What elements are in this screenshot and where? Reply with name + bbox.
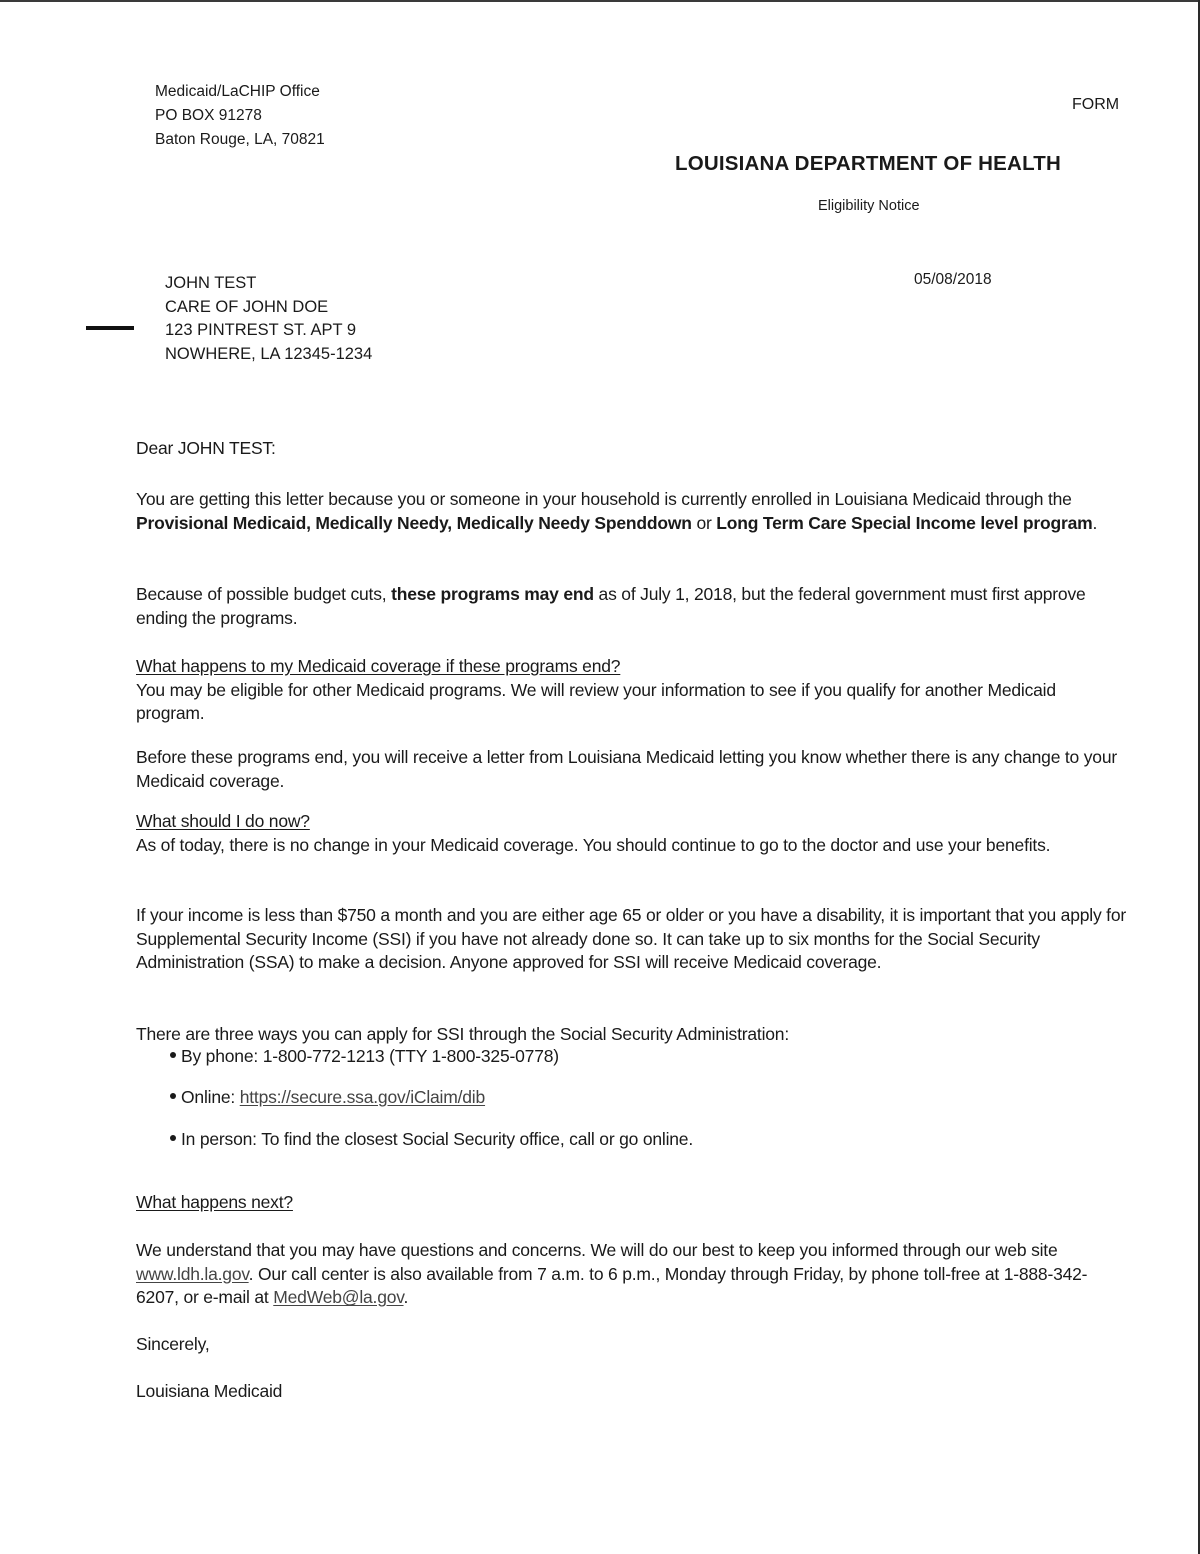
signature-text: Louisiana Medicaid (136, 1380, 1126, 1404)
contact-paragraph: We understand that you may have question… (136, 1239, 1126, 1310)
salutation-text: Dear JOHN TEST: (136, 437, 1126, 461)
sender-line-3: Baton Rouge, LA, 70821 (155, 128, 325, 152)
recipient-address: JOHN TEST CARE OF JOHN DOE 123 PINTREST … (165, 272, 372, 366)
website-link[interactable]: www.ldh.la.gov (136, 1264, 249, 1284)
section-coverage-para-2-wrap: Before these programs end, you will rece… (136, 746, 1126, 793)
intro-text-1: You are getting this letter because you … (136, 489, 1072, 509)
section-coverage-para-1: You may be eligible for other Medicaid p… (136, 679, 1126, 726)
recipient-street: 123 PINTREST ST. APT 9 (165, 319, 372, 343)
bullet-icon (170, 1135, 176, 1141)
ssa-online-link[interactable]: https://secure.ssa.gov/iClaim/dib (240, 1087, 485, 1107)
section-next-steps-heading: What should I do now? (136, 810, 1126, 834)
form-label: FORM (1072, 96, 1119, 114)
intro-paragraph: You are getting this letter because you … (136, 488, 1126, 535)
apply-option-in-person-value: To find the closest Social Security offi… (261, 1129, 693, 1149)
apply-option-in-person-label: In person: (181, 1129, 261, 1149)
budget-emphasis: these programs may end (391, 584, 594, 604)
recipient-care-of: CARE OF JOHN DOE (165, 296, 372, 320)
contact-text-1: We understand that you may have question… (136, 1240, 1058, 1260)
ssi-paragraph-wrap: If your income is less than $750 a month… (136, 904, 1126, 975)
mail-sort-mark (86, 326, 134, 330)
bullet-icon (170, 1093, 176, 1099)
section-coverage-para-2: Before these programs end, you will rece… (136, 746, 1126, 793)
budget-paragraph: Because of possible budget cuts, these p… (136, 583, 1126, 630)
apply-option-in-person: In person: To find the closest Social Se… (170, 1129, 693, 1150)
salutation: Dear JOHN TEST: (136, 437, 1126, 461)
email-link[interactable]: MedWeb@la.gov (273, 1287, 403, 1307)
recipient-city: NOWHERE, LA 12345-1234 (165, 343, 372, 367)
section-coverage: What happens to my Medicaid coverage if … (136, 655, 1126, 726)
sender-line-2: PO BOX 91278 (155, 104, 325, 128)
intro-programs: Provisional Medicaid, Medically Needy, M… (136, 513, 692, 533)
sender-line-1: Medicaid/LaCHIP Office (155, 80, 325, 104)
contact-text-3: . (404, 1287, 409, 1307)
bullet-icon (170, 1052, 176, 1058)
signature: Louisiana Medicaid (136, 1380, 1126, 1404)
intro-text-2: or (692, 513, 717, 533)
letter-date: 05/08/2018 (914, 271, 992, 289)
closing-text: Sincerely, (136, 1333, 1126, 1357)
apply-option-phone: By phone: 1-800-772-1213 (TTY 1-800-325-… (170, 1046, 559, 1067)
section-what-next-heading: What happens next? (136, 1191, 1126, 1215)
apply-option-online: Online: https://secure.ssa.gov/iClaim/di… (170, 1087, 485, 1108)
ssi-paragraph: If your income is less than $750 a month… (136, 904, 1126, 975)
apply-option-phone-value: 1-800-772-1213 (TTY 1-800-325-0778) (263, 1046, 559, 1066)
section-coverage-heading: What happens to my Medicaid coverage if … (136, 655, 1126, 679)
page-edge-top (0, 0, 1200, 2)
budget-text-1: Because of possible budget cuts, (136, 584, 391, 604)
closing: Sincerely, (136, 1333, 1126, 1357)
intro-text-3: . (1093, 513, 1098, 533)
sender-address: Medicaid/LaCHIP Office PO BOX 91278 Bato… (155, 80, 325, 152)
department-title: LOUISIANA DEPARTMENT OF HEALTH (675, 152, 1061, 176)
recipient-name: JOHN TEST (165, 272, 372, 296)
ways-intro: There are three ways you can apply for S… (136, 1023, 1126, 1047)
ways-intro-wrap: There are three ways you can apply for S… (136, 1023, 1126, 1047)
section-next-steps: What should I do now? As of today, there… (136, 810, 1126, 857)
notice-type: Eligibility Notice (818, 198, 920, 214)
intro-ltc-program: Long Term Care Special Income level prog… (716, 513, 1092, 533)
section-next-steps-para-1: As of today, there is no change in your … (136, 834, 1126, 858)
section-what-next: What happens next? (136, 1191, 1126, 1215)
apply-option-phone-label: By phone: (181, 1046, 263, 1066)
apply-option-online-label: Online: (181, 1087, 240, 1107)
